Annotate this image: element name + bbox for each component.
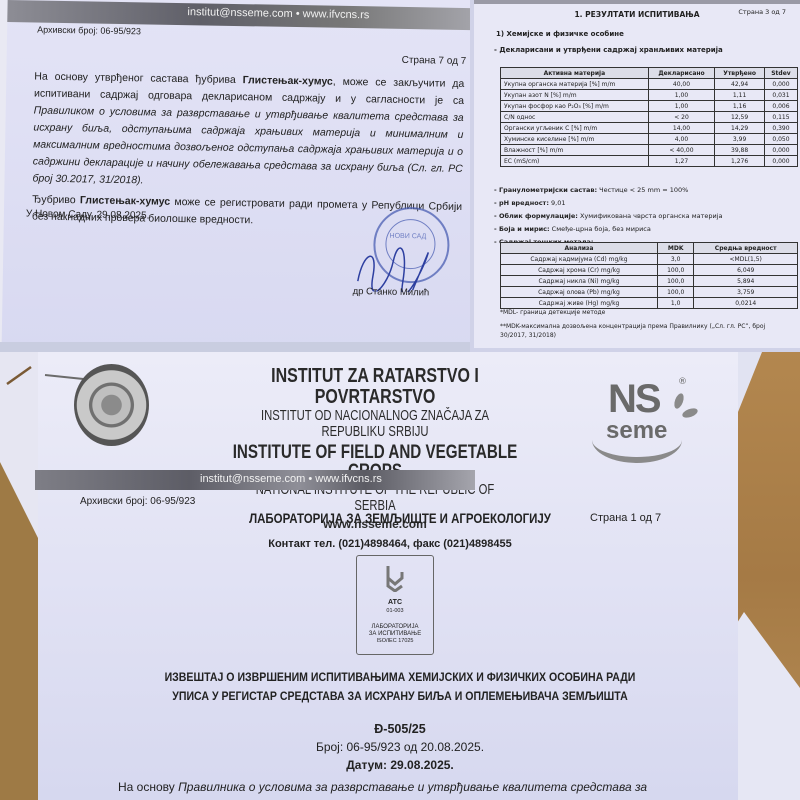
report-title-line-1: ИЗВЕШТАЈ О ИЗВРШЕНИМ ИСПИТИВАЊИМА ХЕМИЈС…: [48, 668, 752, 687]
report-code: Đ-505/25: [0, 722, 800, 736]
table-cell: 6,049: [694, 265, 798, 276]
institute-name-sr: INSTITUT ZA RATARSTVO I POVRTARSTVO: [227, 366, 523, 408]
table-row: Укупан азот N [%] m/m1,001,110,031: [501, 90, 798, 101]
product-name: Глистењак-хумус: [80, 194, 170, 208]
property-value: Честице < 25 mm = 100%: [597, 186, 688, 194]
table-cell: 4,00: [648, 134, 715, 145]
table-cell: 0,000: [764, 145, 797, 156]
table-cell: 0,390: [764, 123, 797, 134]
table-row: Садржај хрома (Cr) mg/kg100,06,049: [501, 265, 798, 276]
table-row: Органски угљеник C [%] m/m14,0014,290,39…: [501, 123, 798, 134]
page-7-photo: institut@nsseme.com • www.ifvcns.rs Архи…: [0, 0, 470, 342]
accreditation-mark: АТС: [357, 599, 433, 606]
table-row: Укупна органска материја [%] m/m40,0042,…: [501, 79, 798, 90]
document-page-7: institut@nsseme.com • www.ifvcns.rs Архи…: [2, 0, 470, 342]
table-cell: 3,99: [715, 134, 765, 145]
table-header-row: Активна материјаДекларисаноУтврђеноStdev: [501, 68, 798, 79]
table-cell: 42,94: [715, 79, 765, 90]
table-cell: Хуминске киселине [%] m/m: [501, 134, 649, 145]
place-date: У Новом Саду, 29.08.2025.: [26, 208, 150, 221]
property-label: - Облик формулације:: [494, 212, 578, 220]
report-title: ИЗВЕШТАЈ О ИЗВРШЕНИМ ИСПИТИВАЊИМА ХЕМИЈС…: [48, 668, 752, 706]
table-cell: 1,27: [648, 156, 715, 167]
table-cell: Укупан азот N [%] m/m: [501, 90, 649, 101]
table-cell: Садржај хрома (Cr) mg/kg: [501, 265, 658, 276]
table-row: C/N однос< 2012,590,115: [501, 112, 798, 123]
header-contact: institut@nsseme.com • www.ifvcns.rs: [187, 6, 369, 21]
property-item: - Облик формулације: Хумификована чврста…: [494, 212, 784, 221]
archive-number: Архивски број: 06-95/923: [37, 25, 141, 37]
column-header: MDK: [657, 243, 693, 254]
table-cell: < 20: [648, 112, 715, 123]
table-cell: 12,59: [715, 112, 765, 123]
signature-icon: [353, 241, 444, 293]
heavy-metals-table: АнализаMDKСредња вредност Садржај кадмиј…: [500, 242, 798, 309]
table-row: EC (mS/cm)1,271,2760,000: [501, 156, 798, 167]
header-contact: institut@nsseme.com • www.ifvcns.rs: [200, 473, 382, 485]
table-cell: 0,050: [764, 134, 797, 145]
table-cell: Укупна органска материја [%] m/m: [501, 79, 649, 90]
table-cell: 1,276: [715, 156, 765, 167]
column-header: Средња вредност: [694, 243, 798, 254]
table-cell: 100,0: [657, 265, 693, 276]
regulation-reference: Правиликом о условима за разврставање и …: [32, 104, 463, 186]
table-row: Садржај кадмијума (Cd) mg/kg3,0<MDL(1,5): [501, 254, 798, 265]
property-item: - pH вредност: 9,01: [494, 199, 784, 208]
regulation-reference: Правилника о условима за разврставање и …: [178, 780, 647, 794]
table-cell: 100,0: [657, 287, 693, 298]
table-cell: C/N однос: [501, 112, 649, 123]
accreditation-badge: АТС 01-003 ЛАБОРАТОРИЈА ЗА ИСПИТИВАЊЕ IS…: [356, 555, 434, 655]
table-cell: Садржај никла (Ni) mg/kg: [501, 276, 658, 287]
contact-info: Контакт тел. (021)4898464, факс (021)489…: [0, 538, 780, 550]
table-cell: < 40,00: [648, 145, 715, 156]
table-cell: 40,00: [648, 79, 715, 90]
archive-number: Архивски број: 06-95/923: [80, 496, 195, 507]
table-cell: 100,0: [657, 276, 693, 287]
stamp-text: НОВИ САД: [390, 233, 427, 241]
table-row: Садржај олова (Pb) mg/kg100,03,759: [501, 287, 798, 298]
table-row: Влажност [%] m/m< 40,0039,880,000: [501, 145, 798, 156]
institute-header: INSTITUT ZA RATARSTVO I POVRTARSTVO INST…: [190, 366, 560, 530]
column-header: Утврђено: [715, 68, 765, 79]
table-cell: Садржај кадмијума (Cd) mg/kg: [501, 254, 658, 265]
text: На основу: [118, 780, 178, 794]
property-value: 9,01: [549, 199, 566, 207]
lab-title: ЛАБОРАТОРИЈА ЗА ЗЕМЉИШТЕ И АГРОЕКОЛОГИЈУ: [72, 510, 728, 526]
header-band: [474, 0, 800, 4]
leaf-icon: [681, 407, 699, 420]
logo-seme: seme: [606, 417, 667, 445]
property-item: - Гранулометријски састав: Честице < 25 …: [494, 186, 784, 195]
table-cell: 0,0214: [694, 298, 798, 309]
footnote-mdk: **MDK-максимална дозвољена концентрација…: [500, 322, 790, 340]
report-date: Датум: 29.08.2025.: [0, 758, 800, 772]
table-cell: 0,031: [764, 90, 797, 101]
property-label: - Боја и мирис:: [494, 225, 550, 233]
product-name: Глистењак-хумус: [243, 74, 333, 88]
report-title-line-2: УПИСА У РЕГИСТАР СРЕДСТАВА ЗА ИСХРАНУ БИ…: [48, 687, 752, 706]
header-band: institut@nsseme.com • www.ifvcns.rs: [35, 470, 475, 490]
table-cell: 39,88: [715, 145, 765, 156]
table-cell: 1,16: [715, 101, 765, 112]
table1-caption: - Декларисани и утврђени садржај хранљив…: [494, 46, 723, 54]
report-number: Број: 06-95/923 од 20.08.2025.: [0, 740, 800, 754]
table-row: Хуминске киселине [%] m/m4,003,990,050: [501, 134, 798, 145]
accreditation-number: 01-003: [357, 608, 433, 614]
text: Ђубриво: [32, 193, 80, 206]
property-item: - Боја и мирис: Смеђе-црна боја, без мир…: [494, 225, 784, 234]
ats-mark-icon: [384, 564, 406, 592]
logo-ns: NS: [608, 377, 660, 422]
table-cell: 0,115: [764, 112, 797, 123]
table-cell: EC (mS/cm): [501, 156, 649, 167]
page-1-photo: INSTITUT ZA RATARSTVO I POVRTARSTVO INST…: [0, 352, 800, 800]
table-cell: 3,759: [694, 287, 798, 298]
table-cell: 1,11: [715, 90, 765, 101]
ns-seme-logo-icon: NS ® seme: [590, 377, 700, 467]
table-cell: 1,00: [648, 101, 715, 112]
table-cell: 5,894: [694, 276, 798, 287]
registered-mark: ®: [678, 377, 687, 387]
text: ЛАБОРАТОРИЈА: [357, 624, 433, 631]
page-indicator: Страна 7 од 7: [402, 55, 467, 67]
document-page-3: Страна 3 од 7 1. РЕЗУЛТАТИ ИСПИТИВАЊА 1)…: [474, 0, 800, 348]
table-cell: 14,29: [715, 123, 765, 134]
table-cell: <MDL(1,5): [694, 254, 798, 265]
subsection-title: 1) Хемијске и физичке особине: [496, 30, 624, 38]
property-value: Хумификована чврста органска материја: [578, 212, 723, 220]
accreditation-text: ЛАБОРАТОРИЈА ЗА ИСПИТИВАЊЕ ISO/IEC 17025: [357, 624, 433, 645]
column-header: Stdev: [764, 68, 797, 79]
property-label: - Гранулометријски састав:: [494, 186, 597, 194]
table-cell: Влажност [%] m/m: [501, 145, 649, 156]
table-cell: 14,00: [648, 123, 715, 134]
institute-subtitle-sr: INSTITUT OD NACIONALNOG ZNAČAJA ZA REPUB…: [236, 408, 514, 440]
table-cell: Садржај олова (Pb) mg/kg: [501, 287, 658, 298]
property-value: Смеђе-црна боја, без мириса: [550, 225, 651, 233]
text: ISO/IEC 17025: [357, 638, 433, 645]
table-cell: 0,006: [764, 101, 797, 112]
institute-seal-icon: [74, 364, 149, 446]
footnote-mdl: *MDL- граница детекције методе: [500, 308, 790, 317]
section-title: 1. РЕЗУЛТАТИ ИСПИТИВАЊА: [474, 10, 800, 19]
table-cell: 0,000: [764, 79, 797, 90]
leaf-icon: [673, 392, 686, 410]
column-header: Активна материја: [501, 68, 649, 79]
table-cell: 3,0: [657, 254, 693, 265]
text: ЗА ИСПИТИВАЊЕ: [357, 631, 433, 638]
table-row: Укупан фосфор као P₂O₅ [%] m/m1,001,160,…: [501, 101, 798, 112]
table-cell: 1,00: [648, 90, 715, 101]
table-cell: 1,0: [657, 298, 693, 309]
property-label: - pH вредност:: [494, 199, 549, 207]
intro-text: На основу Правилника о условима за развр…: [118, 780, 647, 794]
table-row: Садржај никла (Ni) mg/kg100,05,894: [501, 276, 798, 287]
column-header: Анализа: [501, 243, 658, 254]
table-row: Садржај живе (Hg) mg/kg1,00,0214: [501, 298, 798, 309]
table-cell: Органски угљеник C [%] m/m: [501, 123, 649, 134]
page-3-photo: Страна 3 од 7 1. РЕЗУЛТАТИ ИСПИТИВАЊА 1)…: [470, 0, 800, 352]
table-cell: Садржај живе (Hg) mg/kg: [501, 298, 658, 309]
table-header-row: АнализаMDKСредња вредност: [501, 243, 798, 254]
table-cell: 0,000: [764, 156, 797, 167]
column-header: Декларисано: [648, 68, 715, 79]
conclusion-paragraph-1: На основу утврђеног састава ђубрива Глис…: [32, 68, 464, 194]
signatory-name: др Станко Милић: [353, 286, 430, 298]
nutrient-table: Активна материјаДекларисаноУтврђеноStdev…: [500, 67, 798, 167]
text: На основу утврђеног састава ђубрива: [34, 70, 243, 86]
table-cell: Укупан фосфор као P₂O₅ [%] m/m: [501, 101, 649, 112]
